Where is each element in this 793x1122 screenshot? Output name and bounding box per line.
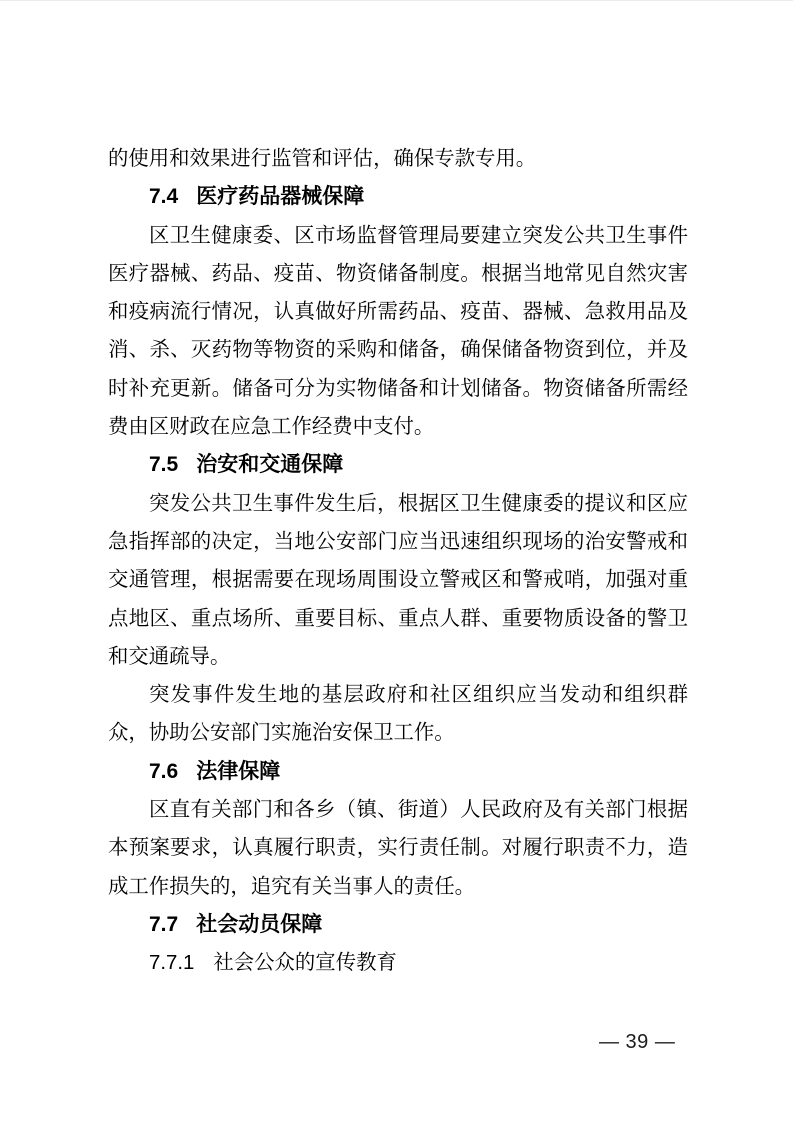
section-number: 7.5 [149,453,178,476]
line-text: 成工作损失的，追究有关当事人的责任。 [108,876,475,898]
section-number: 7.4 [149,185,178,208]
line-text: 时补充更新。储备可分为实物储备和计划储备。物资储备所需经 [108,378,688,400]
page-number: — 39 — [599,1031,675,1053]
text-line: 和疫病流行情况，认真做好所需药品、疫苗、器械、急救用品及 [108,293,688,331]
section-title: 法律保障 [196,760,280,783]
section-heading-line: 7.6法律保障 [108,753,688,791]
text-line: 众，协助公安部门实施治安保卫工作。 [108,714,688,752]
page-number-footer: — 39 — [599,1030,675,1054]
line-text: 突发事件发生地的基层政府和社区组织应当发动和组织群 [149,684,688,706]
text-line: 的使用和效果进行监管和评估，确保专款专用。 [108,140,688,178]
line-text: 区直有关部门和各乡（镇、街道）人民政府及有关部门根据 [149,799,688,821]
text-line: 医疗器械、药品、疫苗、物资储备制度。根据当地常见自然灾害 [108,255,688,293]
section-heading-line: 7.7.1社会公众的宣传教育 [108,944,688,982]
line-text: 交通管理，根据需要在现场周围设立警戒区和警戒哨，加强对重 [108,569,688,591]
section-heading-line: 7.5治安和交通保障 [108,446,688,484]
text-line: 突发公共卫生事件发生后，根据区卫生健康委的提议和区应 [108,485,688,523]
document-page: 的使用和效果进行监管和评估，确保专款专用。 7.4医疗药品器械保障 区卫生健康委… [0,0,793,1122]
section-title: 医疗药品器械保障 [196,185,364,208]
document-body: 的使用和效果进行监管和评估，确保专款专用。 7.4医疗药品器械保障 区卫生健康委… [108,140,688,983]
text-line: 消、杀、灭药物等物资的采购和储备，确保储备物资到位，并及 [108,331,688,369]
line-text: 急指挥部的决定，当地公安部门应当迅速组织现场的治安警戒和 [108,531,688,553]
text-line: 急指挥部的决定，当地公安部门应当迅速组织现场的治安警戒和 [108,523,688,561]
section-number: 7.6 [149,760,178,783]
line-text: 和交通疏导。 [108,646,230,668]
text-line: 时补充更新。储备可分为实物储备和计划储备。物资储备所需经 [108,370,688,408]
section-title: 社会公众的宣传教育 [213,952,397,974]
text-line: 点地区、重点场所、重要目标、重点人群、重要物质设备的警卫 [108,600,688,638]
line-text: 本预案要求，认真履行职责，实行责任制。对履行职责不力，造 [108,837,688,859]
line-text: 消、杀、灭药物等物资的采购和储备，确保储备物资到位，并及 [108,339,688,361]
line-text: 区卫生健康委、区市场监督管理局要建立突发公共卫生事件 [149,225,688,247]
line-text: 费由区财政在应急工作经费中支付。 [108,416,434,438]
section-number: 7.7.1 [149,952,194,974]
section-heading-line: 7.4医疗药品器械保障 [108,178,688,216]
line-text: 众，协助公安部门实施治安保卫工作。 [108,722,455,744]
line-text: 的使用和效果进行监管和评估，确保专款专用。 [108,148,536,170]
section-number: 7.7 [149,913,178,936]
line-text: 医疗器械、药品、疫苗、物资储备制度。根据当地常见自然灾害 [108,263,688,285]
line-text: 点地区、重点场所、重要目标、重点人群、重要物质设备的警卫 [108,608,688,630]
text-line: 和交通疏导。 [108,638,688,676]
text-line: 区直有关部门和各乡（镇、街道）人民政府及有关部门根据 [108,791,688,829]
text-line: 区卫生健康委、区市场监督管理局要建立突发公共卫生事件 [108,217,688,255]
text-line: 费由区财政在应急工作经费中支付。 [108,408,688,446]
text-line: 突发事件发生地的基层政府和社区组织应当发动和组织群 [108,676,688,714]
line-text: 突发公共卫生事件发生后，根据区卫生健康委的提议和区应 [149,493,688,515]
section-title: 治安和交通保障 [196,453,343,476]
text-line: 成工作损失的，追究有关当事人的责任。 [108,868,688,906]
text-line: 本预案要求，认真履行职责，实行责任制。对履行职责不力，造 [108,829,688,867]
section-heading-line: 7.7社会动员保障 [108,906,688,944]
section-title: 社会动员保障 [196,913,322,936]
line-text: 和疫病流行情况，认真做好所需药品、疫苗、器械、急救用品及 [108,301,688,323]
text-line: 交通管理，根据需要在现场周围设立警戒区和警戒哨，加强对重 [108,561,688,599]
